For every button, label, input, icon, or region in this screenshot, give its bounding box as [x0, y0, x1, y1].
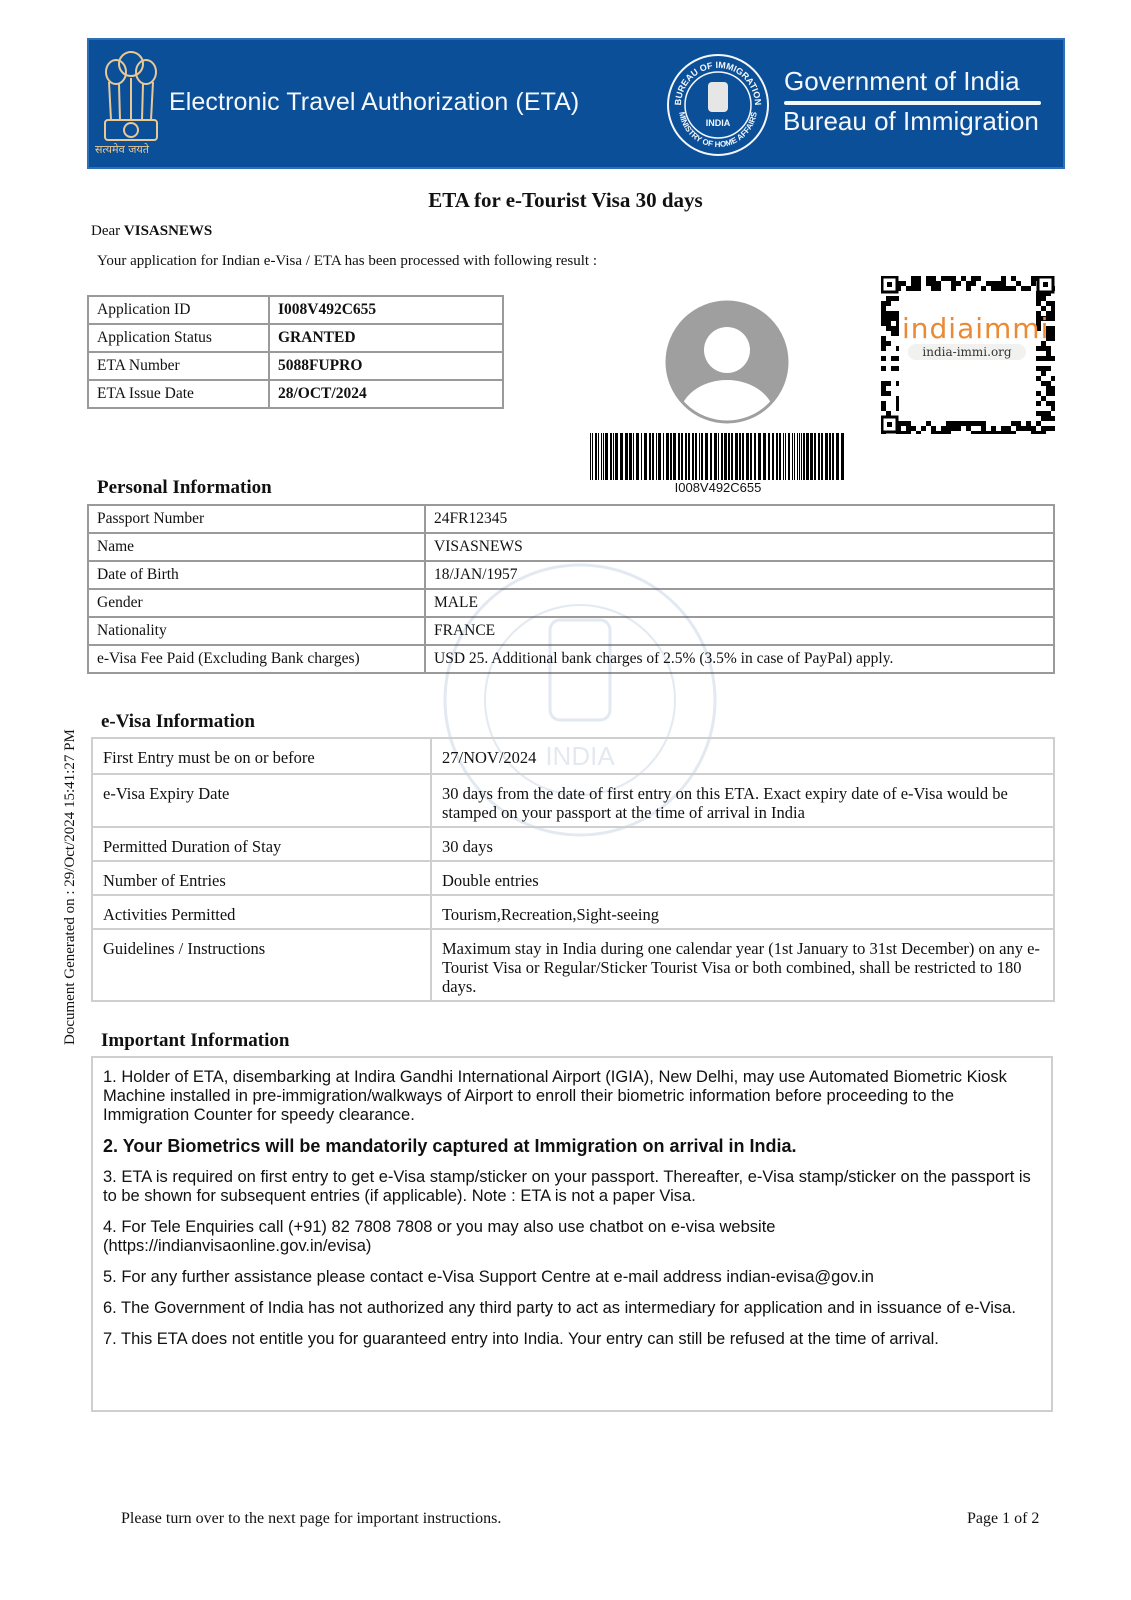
summary-value: 5088FUPRO [269, 352, 503, 380]
personal-value: USD 25. Additional bank charges of 2.5% … [425, 645, 1054, 673]
table-row: NationalityFRANCE [88, 617, 1054, 645]
summary-label: ETA Issue Date [88, 380, 269, 408]
document-title: ETA for e-Tourist Visa 30 days [0, 188, 1131, 213]
emblem-motto: सत्यमेव जयते [95, 142, 149, 157]
qr-brand-text: indiaimmi [902, 314, 1032, 344]
summary-label: Application Status [88, 324, 269, 352]
table-row: Application IDI008V492C655 [88, 296, 503, 324]
evisa-label: Permitted Duration of Stay [92, 827, 431, 861]
table-row: GenderMALE [88, 589, 1054, 617]
important-item: 3. ETA is required on first entry to get… [103, 1168, 1041, 1206]
table-row: Number of EntriesDouble entries [92, 861, 1054, 895]
table-row: Application StatusGRANTED [88, 324, 503, 352]
personal-label: Gender [88, 589, 425, 617]
important-item: 7. This ETA does not entitle you for gua… [103, 1330, 1041, 1349]
personal-label: Date of Birth [88, 561, 425, 589]
personal-value: 18/JAN/1957 [425, 561, 1054, 589]
table-row: First Entry must be on or before27/NOV/2… [92, 738, 1054, 774]
salutation: Dear VISASNEWS [91, 223, 212, 240]
personal-value: MALE [425, 589, 1054, 617]
intro-text: Your application for Indian e-Visa / ETA… [97, 253, 597, 270]
recipient-name: VISASNEWS [124, 223, 212, 239]
evisa-value: Tourism,Recreation,Sight-seeing [431, 895, 1054, 929]
evisa-info-table: First Entry must be on or before27/NOV/2… [91, 737, 1055, 1002]
evisa-value: Maximum stay in India during one calenda… [431, 929, 1054, 1001]
personal-label: Name [88, 533, 425, 561]
summary-value: GRANTED [269, 324, 503, 352]
footer-note: Please turn over to the next page for im… [121, 1510, 501, 1528]
user-avatar-icon [665, 300, 789, 424]
table-row: Passport Number24FR12345 [88, 505, 1054, 533]
page-number: Page 1 of 2 [967, 1510, 1039, 1528]
important-item: 2. Your Biometrics will be mandatorily c… [103, 1137, 1041, 1156]
personal-value: 24FR12345 [425, 505, 1054, 533]
government-label: Government of India [784, 66, 1020, 97]
bureau-seal-icon: BUREAU OF IMMIGRATION MINISTRY OF HOME A… [665, 52, 771, 158]
banner-title: Electronic Travel Authorization (ETA) [169, 88, 579, 117]
important-info-heading: Important Information [101, 1030, 289, 1052]
personal-info-heading: Personal Information [97, 477, 272, 499]
evisa-value: 27/NOV/2024 [431, 738, 1054, 774]
evisa-label: e-Visa Expiry Date [92, 774, 431, 827]
summary-value: 28/OCT/2024 [269, 380, 503, 408]
summary-value: I008V492C655 [269, 296, 503, 324]
table-row: Activities PermittedTourism,Recreation,S… [92, 895, 1054, 929]
table-row: Permitted Duration of Stay30 days [92, 827, 1054, 861]
evisa-label: Number of Entries [92, 861, 431, 895]
generated-timestamp: Document Generated on : 29/Oct/2024 15:4… [62, 729, 79, 1045]
important-info-box: 1. Holder of ETA, disembarking at Indira… [91, 1056, 1053, 1412]
personal-info-table: Passport Number24FR12345 NameVISASNEWS D… [87, 504, 1055, 674]
evisa-info-heading: e-Visa Information [101, 711, 255, 733]
table-row: Guidelines / InstructionsMaximum stay in… [92, 929, 1054, 1001]
summary-label: ETA Number [88, 352, 269, 380]
barcode-icon [590, 433, 846, 480]
important-item: 6. The Government of India has not autho… [103, 1299, 1041, 1318]
personal-value: VISASNEWS [425, 533, 1054, 561]
evisa-label: First Entry must be on or before [92, 738, 431, 774]
important-item: 1. Holder of ETA, disembarking at Indira… [103, 1068, 1041, 1125]
evisa-label: Guidelines / Instructions [92, 929, 431, 1001]
table-row: ETA Issue Date28/OCT/2024 [88, 380, 503, 408]
important-item: 5. For any further assistance please con… [103, 1268, 1041, 1287]
evisa-label: Activities Permitted [92, 895, 431, 929]
header-divider [784, 101, 1041, 105]
table-row: e-Visa Expiry Date30 days from the date … [92, 774, 1054, 827]
evisa-value: 30 days [431, 827, 1054, 861]
bureau-label: Bureau of Immigration [783, 106, 1039, 137]
personal-label: e-Visa Fee Paid (Excluding Bank charges) [88, 645, 425, 673]
application-summary-table: Application IDI008V492C655 Application S… [87, 295, 504, 409]
table-row: e-Visa Fee Paid (Excluding Bank charges)… [88, 645, 1054, 673]
summary-label: Application ID [88, 296, 269, 324]
important-item: 4. For Tele Enquiries call (+91) 82 7808… [103, 1218, 1041, 1256]
evisa-value: 30 days from the date of first entry on … [431, 774, 1054, 827]
personal-label: Nationality [88, 617, 425, 645]
barcode-text: I008V492C655 [590, 480, 846, 495]
salutation-word: Dear [91, 223, 120, 239]
personal-value: FRANCE [425, 617, 1054, 645]
qr-url-text: india-immi.org [908, 344, 1026, 360]
table-row: NameVISASNEWS [88, 533, 1054, 561]
personal-label: Passport Number [88, 505, 425, 533]
header-banner: सत्यमेव जयते Electronic Travel Authoriza… [87, 38, 1065, 169]
table-row: Date of Birth18/JAN/1957 [88, 561, 1054, 589]
qr-logo: indiaimmi india-immi.org [902, 314, 1032, 360]
evisa-value: Double entries [431, 861, 1054, 895]
table-row: ETA Number5088FUPRO [88, 352, 503, 380]
svg-text:INDIA: INDIA [706, 118, 731, 128]
